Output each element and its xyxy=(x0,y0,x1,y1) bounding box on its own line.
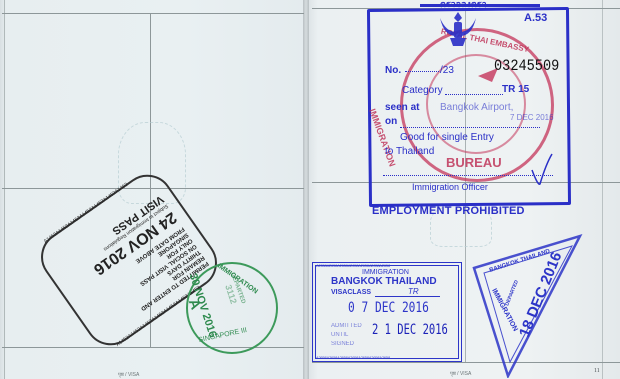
visa-code: A.53 xyxy=(524,12,547,24)
admitted-until-date: 2 1 DEC 2016 xyxy=(372,322,448,338)
entry-destination: to Thailand xyxy=(385,146,434,157)
arrival-date: 0 7 DEC 2016 xyxy=(348,300,429,316)
arrival-title: IMMIGRATION xyxy=(362,269,409,276)
page-rule xyxy=(2,13,304,14)
stamp-border-serial: A2658A2658A2658A2658A2658A2658A2658 xyxy=(316,263,390,268)
admitted-label: ADMITTED xyxy=(331,323,362,329)
dotted-line xyxy=(400,126,540,128)
signed-label: SIGNED xyxy=(331,341,354,347)
visa-category-value: TR 15 xyxy=(502,84,529,95)
visaclass-label: VISACLASS xyxy=(331,289,371,296)
visa-no-value: /23 xyxy=(440,65,454,76)
dotted-line xyxy=(445,93,503,95)
until-label: UNTIL xyxy=(331,332,348,338)
seen-at-value: Bangkok Airport, xyxy=(440,102,513,113)
visa-category-label: Category xyxy=(402,85,443,96)
stamp-border-serial: A2658A2658A2658A2658A2658A2658A2658 xyxy=(316,355,390,360)
garuda-emblem-icon xyxy=(436,8,480,52)
visaclass-value: TR xyxy=(408,287,419,296)
departure-label: DEPARTED xyxy=(504,279,520,307)
page-rule xyxy=(2,347,304,348)
bangkok-departure-stamp: BANGKOK THAILAND 18 DEC 2016 IMMIGRATION… xyxy=(468,228,620,378)
seal-bureau-text: BUREAU xyxy=(446,155,502,170)
visa-no-label: No. xyxy=(385,65,401,76)
page-edge xyxy=(4,0,5,379)
seen-at-label: seen at xyxy=(385,102,419,113)
on-date-value: 7 DEC 2016 xyxy=(510,113,554,122)
arrival-location: BANGKOK THAILAND xyxy=(331,276,437,287)
officer-label: Immigration Officer xyxy=(412,182,488,192)
dotted-line xyxy=(405,70,439,72)
officer-signature-icon xyxy=(528,150,554,186)
on-label: on xyxy=(385,116,397,127)
entry-type: Good for single Entry xyxy=(400,132,494,143)
employment-prohibited-label: EMPLOYMENT PROHIBITED xyxy=(372,205,525,217)
page-footer: पृष्ठ / VISA xyxy=(118,372,139,378)
visaclass-line xyxy=(375,296,440,297)
passport-spine xyxy=(303,0,309,379)
visa-serial-number: 03245509 xyxy=(494,57,559,75)
